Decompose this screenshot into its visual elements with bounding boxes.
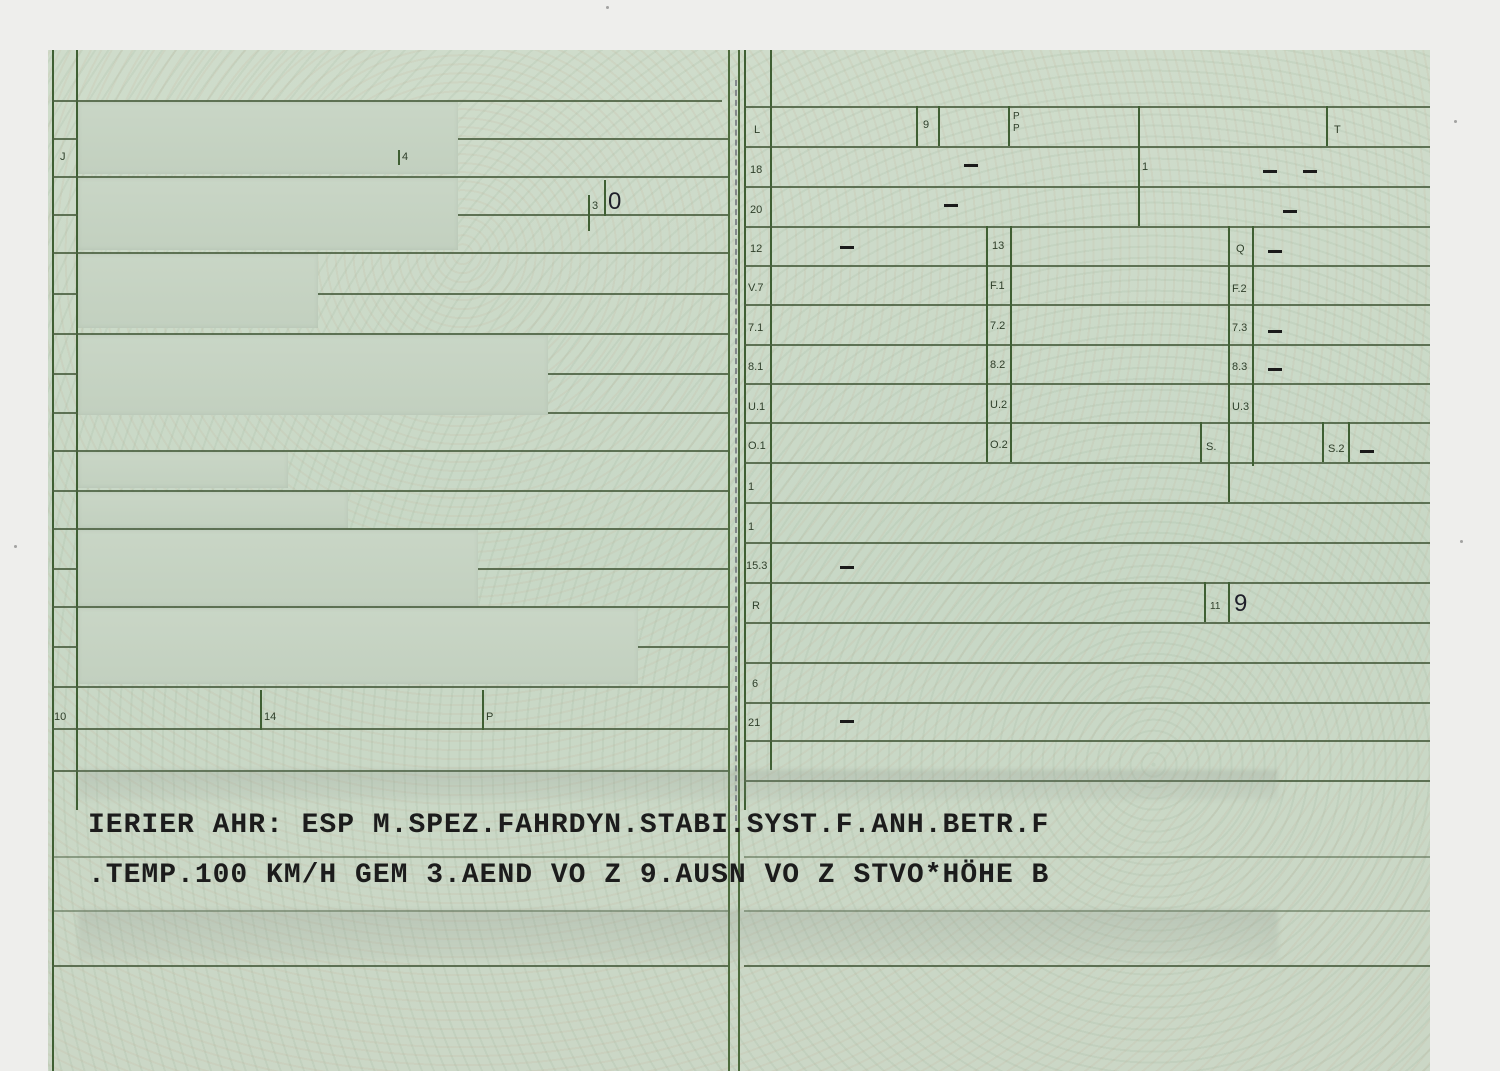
row-label-u1: U.1 [746,400,767,415]
rule [52,686,728,688]
redacted-field [78,608,638,684]
rule [52,965,728,967]
col-divider [1326,106,1328,146]
col-divider [1204,582,1206,622]
rule [52,728,728,730]
col-divider [1348,422,1350,462]
rule [744,622,1430,624]
remarks-line-2: .TEMP.100 KM/H GEM 3.AEND VO Z 9.AUSN VO… [88,860,1049,891]
empty-value-dash [1360,450,1374,453]
col-divider [1228,582,1230,622]
print-smear [78,910,1278,960]
background-speck [606,6,609,9]
empty-value-dash [840,566,854,569]
field-label-f2: F.2 [1230,282,1249,297]
col-divider [1008,106,1010,146]
redacted-field [78,178,458,250]
field-label-8-3: 8.3 [1230,360,1249,375]
rule [744,226,1430,228]
field-label-j: J [58,150,68,165]
col-divider [1322,422,1324,462]
rule [744,383,1430,385]
col-divider [1200,422,1202,462]
empty-value-dash [964,164,978,167]
rule [744,344,1430,346]
row-label-1a: 1 [746,480,756,495]
redacted-field [78,254,318,328]
field-label-11: 11 [1208,600,1222,614]
rule [744,965,1430,967]
rule [744,582,1430,584]
field-label-3: 3 [588,195,600,231]
field-3-value: 0 [608,188,621,216]
col-divider [1252,226,1254,466]
field-label-u3: U.3 [1230,400,1251,415]
right-inner-rule [744,50,746,810]
empty-value-dash [1303,170,1317,173]
field-label-u2: U.2 [988,398,1009,413]
field-label-s1: S. [1204,440,1218,455]
field-label-4: 4 [398,150,410,165]
background-speck [1454,120,1457,123]
rule [744,702,1430,704]
empty-value-dash [1263,170,1277,173]
row-label-v7: V.7 [746,281,766,296]
row-label-l: L [752,123,762,138]
rule [744,146,1430,148]
rule [52,856,728,858]
rule [744,662,1430,664]
rule [744,542,1430,544]
field-label-o2: O.2 [988,438,1010,453]
row-label-7-1: 7.1 [746,321,765,336]
col-divider [938,106,940,146]
rule [744,462,1430,464]
left-margin-rule [52,50,54,1071]
row-label-o1: O.1 [746,439,768,454]
field-label-p: P [484,710,495,725]
field-label-1: 1 [1140,160,1150,175]
row-label-20: 20 [748,203,764,218]
row-label-r: R [750,599,762,614]
col-divider [916,106,918,146]
row-label-1b: 1 [746,520,756,535]
rule [744,265,1430,267]
col-divider [986,226,988,462]
field-label-t: T [1332,123,1343,138]
empty-value-dash [1283,210,1297,213]
redacted-field [78,492,348,528]
rule [744,740,1430,742]
background-speck [14,545,17,548]
row-label-8-1: 8.1 [746,360,765,375]
rule [744,502,1430,504]
background-speck [1460,540,1463,543]
field-label-8-2: 8.2 [988,358,1007,373]
empty-value-dash [1268,330,1282,333]
field-label-p-bottom: P [1011,122,1022,136]
rule [744,186,1430,188]
field-label-10: 10 [52,710,68,725]
field-label-7-2: 7.2 [988,319,1007,334]
field-label-13: 13 [990,239,1006,254]
row-label-21: 21 [746,716,762,731]
row-label-6: 6 [750,677,760,692]
perforation-line [735,80,737,821]
redacted-field [78,452,288,488]
field-label-9: 9 [921,118,931,133]
row-label-12: 12 [748,242,764,257]
print-smear [78,770,1278,800]
empty-value-dash [1268,368,1282,371]
field-label-7-3: 7.3 [1230,321,1249,336]
field-label-14: 14 [262,710,278,725]
field-11-value: 9 [1234,590,1247,618]
empty-value-dash [840,720,854,723]
registration-document: J 4 3 0 10 14 P [48,50,1430,1071]
rule [744,304,1430,306]
empty-value-dash [944,204,958,207]
field-3-divider [604,180,606,216]
remarks-line-1: IERIER AHR: ESP M.SPEZ.FAHRDYN.STABI.SYS… [88,810,1049,841]
field-label-s2: S.2 [1326,442,1347,457]
rule [744,856,1430,858]
empty-value-dash [1268,250,1282,253]
field-label-q: Q [1234,242,1247,257]
redacted-field [78,335,548,415]
empty-value-dash [840,246,854,249]
field-label-f1: F.1 [988,279,1007,294]
redacted-field [78,530,478,606]
row-label-15-3: 15.3 [744,559,769,574]
col-divider [1010,226,1012,462]
rule [744,422,1430,424]
row-label-18: 18 [748,163,764,178]
